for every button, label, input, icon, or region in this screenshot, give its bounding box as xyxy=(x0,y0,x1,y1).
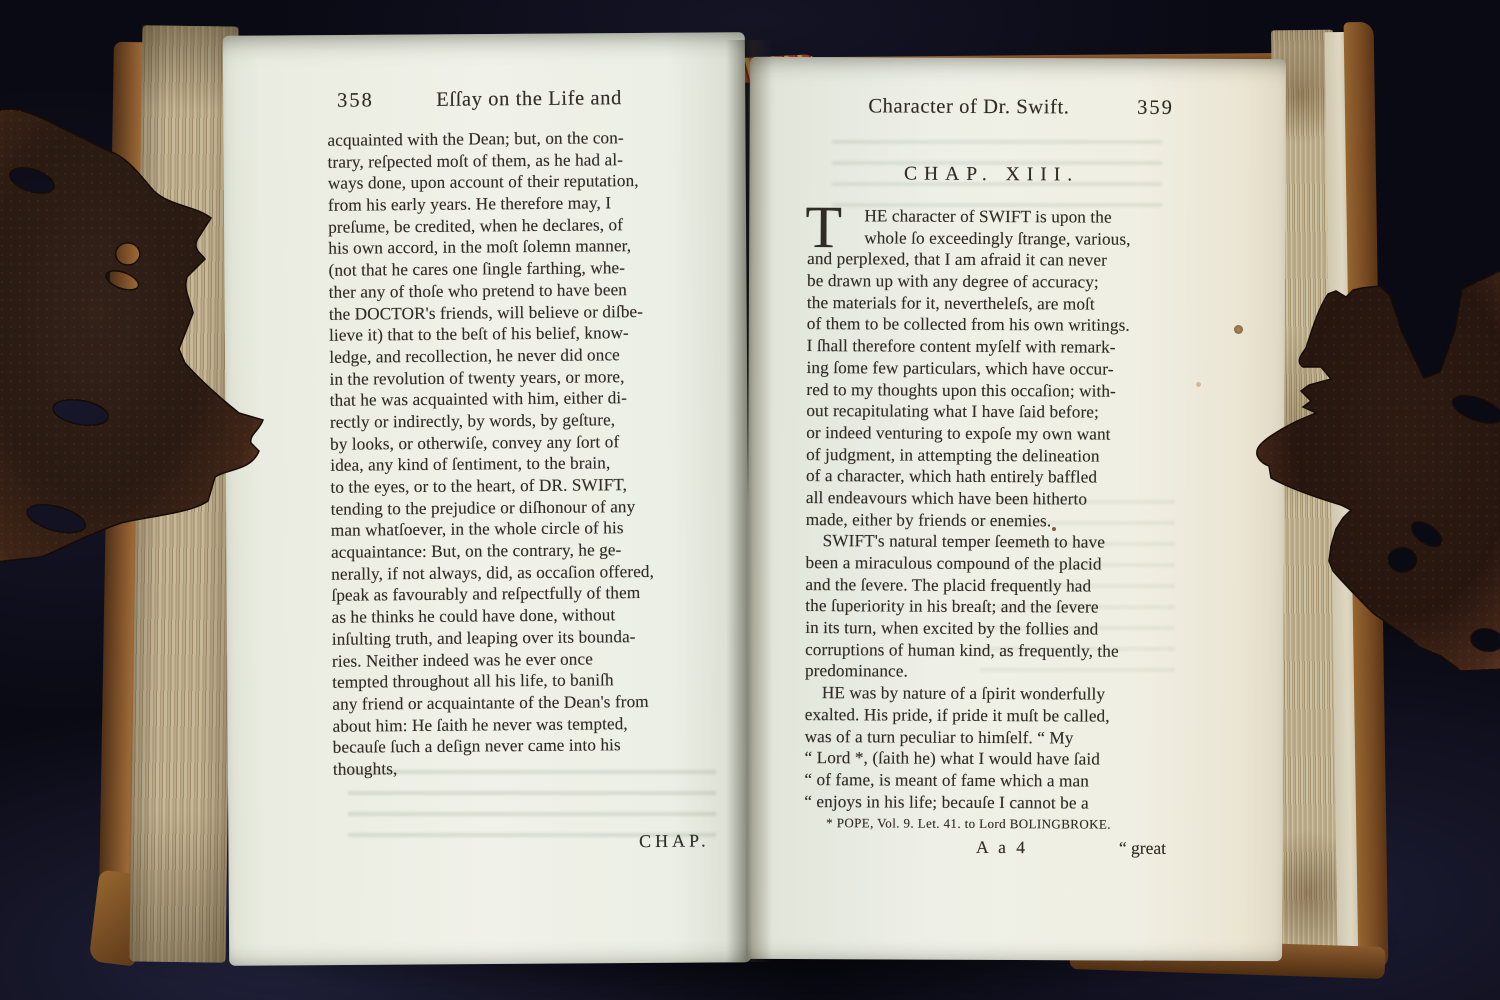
signature-row: A a 4 “ great xyxy=(804,836,1172,862)
text-line: predominance. xyxy=(805,660,1173,684)
text-line: red to my thoughts upon this occaſion; w… xyxy=(806,379,1174,403)
signature-mark: A a 4 xyxy=(976,837,1028,858)
left-fore-edge-pages xyxy=(129,25,238,962)
left-running-header: 358 Eſſay on the Life and xyxy=(327,86,731,120)
right-page-body: T HE character of SWIFT is upon thewhole… xyxy=(804,205,1175,862)
text-line: out recapitulating what I have ſaid befo… xyxy=(806,400,1174,424)
text-line: SWIFT's natural temper ſeemeth to have xyxy=(806,530,1174,554)
text-line: acquaintance: But, on the contrary, he g… xyxy=(331,538,735,563)
text-line: HE was by nature of a ſpirit wonderfully xyxy=(805,682,1173,706)
text-line: ing ſome few particulars, which have occ… xyxy=(807,357,1175,381)
text-line: exalted. His pride, if pride it muſt be … xyxy=(805,704,1173,728)
text-line: from his early years. He therefore may, … xyxy=(328,191,732,216)
text-line: any friend or acquaintante of the Dean's… xyxy=(332,690,736,715)
right-page-number: 359 xyxy=(1137,97,1174,120)
text-line: the ſuperiority in his breaſt; and the ſ… xyxy=(805,595,1173,619)
text-line: and perplexed, that I am afraid it can n… xyxy=(807,248,1175,272)
right-running-header: Character of Dr. Swift. 359 xyxy=(808,95,1176,127)
text-line: inſulting truth, and leaping over its bo… xyxy=(332,625,736,650)
text-line: to the eyes, or to the heart, of DR. SWI… xyxy=(330,473,734,498)
text-line: of them to be collected from his own wri… xyxy=(807,313,1175,337)
text-line: of a character, which hath entirely baff… xyxy=(806,465,1174,489)
foxing-speck xyxy=(1196,382,1201,387)
text-line: thoughts, xyxy=(333,755,737,780)
text-line: “ Lord *, (ſaith he) what I would have ſ… xyxy=(804,747,1172,771)
text-line: rectly or indirectly, by words, by geſtu… xyxy=(330,408,734,433)
text-line: the materials for it, nevertheleſs, are … xyxy=(807,292,1175,316)
right-page-text-block: Character of Dr. Swift. 359 CHAP. XIII. … xyxy=(804,95,1176,862)
text-line: made, either by friends or enemies. xyxy=(806,509,1174,533)
text-line: been a miraculous compound of the placid xyxy=(805,552,1173,576)
text-line: ther any of thoſe who pretend to have be… xyxy=(329,278,733,303)
foxing-speck xyxy=(1234,325,1243,334)
open-book-photograph: 358 Eſſay on the Life and acquainted wit… xyxy=(0,0,1500,1000)
text-line: I ſhall therefore content myſelf with re… xyxy=(807,335,1175,359)
right-page-lines: HE character of SWIFT is upon thewhole ſ… xyxy=(804,205,1175,814)
text-line: and the ſevere. The placid frequently ha… xyxy=(805,574,1173,598)
text-line: “ enjoys in his life; becauſe I cannot b… xyxy=(804,791,1172,815)
text-line: or indeed venturing to expoſe my own wan… xyxy=(806,422,1174,446)
footnote: * POPE, Vol. 9. Let. 41. to Lord BOLINGB… xyxy=(804,815,1172,833)
left-catchword: CHAP. xyxy=(639,830,710,852)
left-running-title: Eſſay on the Life and xyxy=(327,86,731,113)
right-catchword: “ great xyxy=(1119,838,1166,859)
text-line: was of a turn peculiar to himſelf. “ My xyxy=(805,726,1173,750)
text-line: acquainted with the Dean; but, on the co… xyxy=(327,126,731,151)
left-page-text-block: 358 Eſſay on the Life and acquainted wit… xyxy=(327,86,737,780)
text-line: all endeavours which have been hitherto xyxy=(806,487,1174,511)
text-line: corruptions of human kind, as frequently… xyxy=(805,639,1173,663)
text-line: in its turn, when excited by the follies… xyxy=(805,617,1173,641)
left-page-number: 358 xyxy=(337,89,374,112)
text-line: of judgment, in attempting the delineati… xyxy=(806,444,1174,468)
text-line: becauſe ſuch a deſign never came into hi… xyxy=(333,733,737,758)
text-line: “ of fame, is meant of fame which a man xyxy=(804,769,1172,793)
right-running-title: Character of Dr. Swift. xyxy=(808,95,1176,120)
text-line: whole ſo exceedingly ſtrange, various, xyxy=(864,227,1175,250)
text-line: HE character of SWIFT is upon the xyxy=(864,205,1175,228)
left-page-body: acquainted with the Dean; but, on the co… xyxy=(327,126,737,780)
chapter-heading: CHAP. XIII. xyxy=(808,161,1176,189)
text-line: be drawn up with any degree of accuracy; xyxy=(807,270,1175,294)
text-line: ledge, and recollection, he never did on… xyxy=(329,343,733,368)
